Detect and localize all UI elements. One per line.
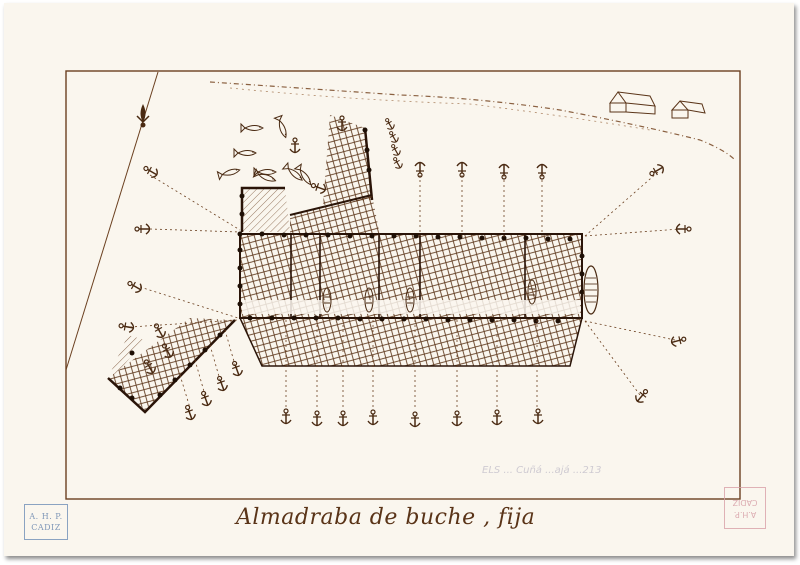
- almadraba-map: [4, 3, 794, 556]
- pencil-annotation: ELS ... Cuñá ...ajá ...213: [482, 465, 601, 476]
- document-caption: Almadraba de buche , fija: [236, 505, 535, 530]
- archive-stamp: A. H. P. CADIZ: [24, 504, 68, 540]
- red-stamp-line1: A.H.P.: [725, 508, 765, 520]
- houses-icon: [610, 92, 705, 118]
- archive-stamp-line2: CADIZ: [25, 522, 67, 533]
- paper-sheet: ELS ... Cuñá ...ajá ...213 Almadraba de …: [4, 3, 794, 556]
- fish-icons: [217, 115, 313, 186]
- red-archive-stamp: A.H.P. CADIZ: [724, 487, 766, 529]
- anchor-stack-icon: [383, 117, 404, 170]
- archive-stamp-line1: A. H. P.: [25, 511, 67, 522]
- red-stamp-line2: CADIZ: [725, 496, 765, 508]
